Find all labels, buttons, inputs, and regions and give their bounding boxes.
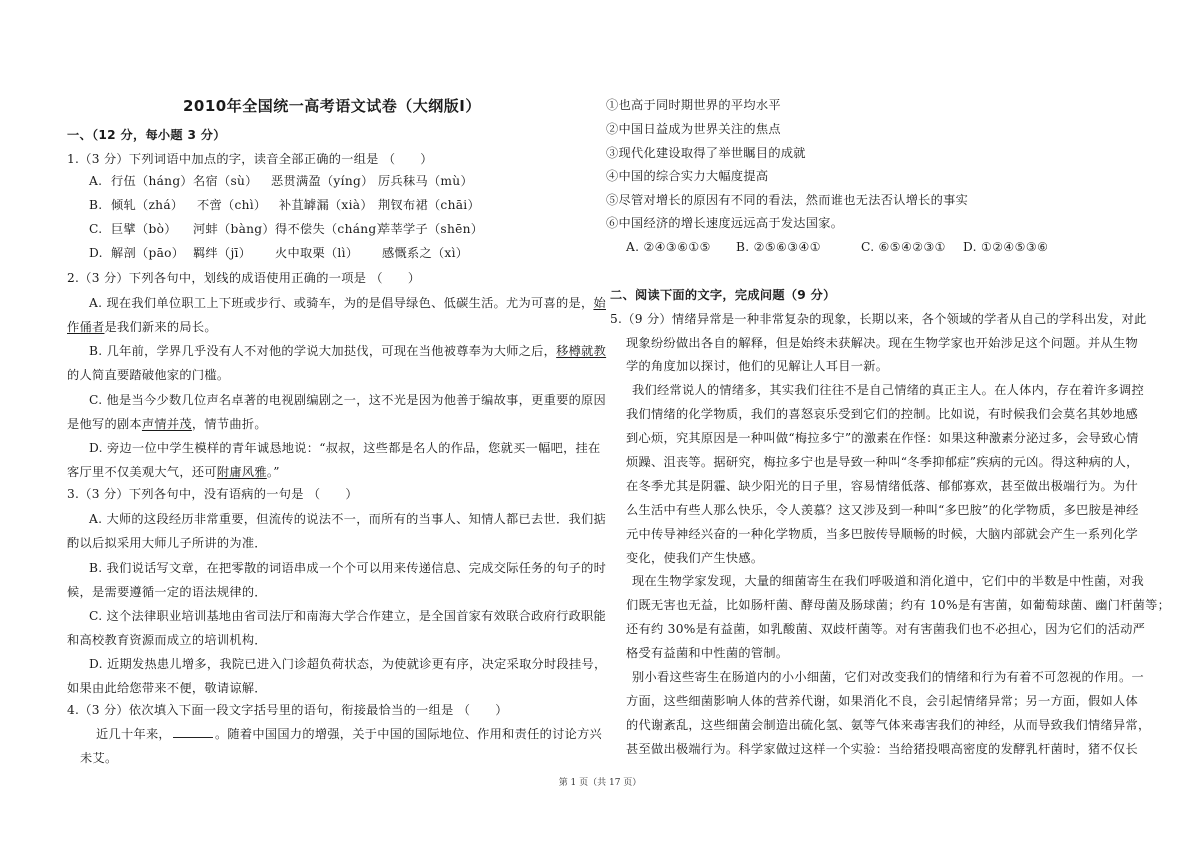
q5-line: 我们经常说人的情绪多，其实我们往往不是自己情绪的真正主人。在人体内，存在着许多调… <box>632 382 1144 398</box>
q2-option-c-cont: 是他写的剧本声情并茂，情节曲折。 <box>67 416 267 432</box>
q3-option-a-cont: 酌以后拟采用大师儿子所讲的为准． <box>67 535 267 551</box>
passage-text: 近几十年来， <box>96 727 171 741</box>
q5-line: 变化，使我们产生快感。 <box>626 550 763 566</box>
option-word: 莘莘学子（shēn） <box>378 221 483 237</box>
option-letter: A. <box>89 173 111 189</box>
fill-blank <box>173 726 213 738</box>
section-1-heading: 一、（12 分，每小题 3 分） <box>67 127 226 143</box>
option-letter: B. <box>89 197 111 213</box>
underlined-idiom: 附庸风雅 <box>217 465 267 479</box>
choice-a: A. ②④③⑥①⑤ <box>626 239 736 255</box>
option-word: 巨擘（bò） <box>111 221 193 237</box>
option-word: 河蚌（bàng） <box>193 221 275 237</box>
choice-b: B. ②⑤⑥③④① <box>736 239 861 255</box>
underlined-idiom: 移樽就教 <box>556 344 606 358</box>
q5-line: 5.（9 分）情绪异常是一种非常复杂的现象，长期以来，各个领域的学者从自己的学科… <box>610 311 1146 327</box>
q5-line: 元中传导神经兴奋的一种化学物质，当多巴胺传导顺畅的时候，大脑内部就会产生一系列化… <box>626 526 1138 542</box>
q3-option-a: A. 大师的这段经历非常重要，但流传的说法不一，而所有的当事人、知情人都已去世．… <box>89 511 606 527</box>
section-2-heading: 二、阅读下面的文字，完成问题（9 分） <box>610 287 836 303</box>
q3-option-d: D. 近期发热患儿增多，我院已进入门诊超负荷状态，为使就诊更有序，决定采取分时段… <box>89 656 606 672</box>
underlined-idiom: 始 <box>593 296 606 310</box>
option-word: 解剖（pāo） <box>111 245 193 261</box>
q5-line: 烦躁、沮丧等。据研究，梅拉多宁也是导致一种叫“冬季抑郁症”疾病的元凶。得这种病的… <box>626 454 1139 470</box>
q1-option-c: C.巨擘（bò）河蚌（bàng）得不偿失（cháng）莘莘学子（shēn） <box>89 221 483 237</box>
underlined-idiom: 作俑者 <box>67 320 104 334</box>
option-text: 。” <box>267 465 280 479</box>
option-text: ，情节曲折。 <box>192 417 267 431</box>
option-text: 客厅里不仅美观大气，还可 <box>67 465 217 479</box>
option-word: 恶贯满盈（yíng） <box>271 173 378 189</box>
q5-line: 在冬季尤其是阴霾、缺少阳光的日子里，容易情绪低落、郁郁寡欢，甚至做出极端行为。为… <box>626 478 1138 494</box>
option-word: 感慨系之（xì） <box>382 245 468 261</box>
option-text: B. 几年前，学界几乎没有人不对他的学说大加挞伐，可现在当他被尊奉为大师之后， <box>89 344 556 358</box>
q4-passage-cont: 未艾。 <box>80 750 117 766</box>
option-word: 不啻（chì） <box>197 197 279 213</box>
q5-line: 现在生物学家发现，大量的细菌寄生在我们呼吸道和消化道中，它们中的半数是中性菌，对… <box>632 573 1144 589</box>
q2-option-d-cont: 客厅里不仅美观大气，还可附庸风雅。” <box>67 464 280 480</box>
option-word: 补苴罅漏（xià） <box>279 197 378 213</box>
q4-item-2: ②中国日益成为世界关注的焦点 <box>606 121 781 137</box>
q3-option-c: C. 这个法律职业培训基地由省司法厅和南海大学合作建立，是全国首家有效联合政府行… <box>89 608 606 624</box>
q5-line: 学的角度加以探讨，他们的见解让人耳目一新。 <box>626 358 888 374</box>
q4-passage: 近几十年来，。随着中国国力的增强，关于中国的国际地位、作用和责任的讨论方兴 <box>96 726 602 742</box>
option-word: 得不偿失（cháng） <box>275 221 378 237</box>
q3-option-b: B. 我们说话写文章，在把零散的词语串成一个个可以用来传递信息、完成交际任务的句… <box>89 560 606 576</box>
q5-line: 现象纷纷做出各自的解释，但是始终未获解决。现在生物学家也开始涉足这个问题。并从生… <box>626 335 1138 351</box>
choice-d: D. ①②④⑤③⑥ <box>963 239 1048 255</box>
option-word: 荆钗布裙（chāi） <box>378 197 480 213</box>
q5-line: 格受有益菌和中性菌的管制。 <box>626 645 788 661</box>
q4-stem: 4.（3 分）依次填入下面一段文字括号里的语句，衔接最恰当的一组是 （ ） <box>67 702 508 718</box>
q3-option-d-cont: 如果由此给您带来不便，敬请谅解． <box>67 680 267 696</box>
option-word: 行伍（háng） <box>111 173 193 189</box>
q4-item-1: ①也高于同时期世界的平均水平 <box>606 97 781 113</box>
passage-text: 。随着中国国力的增强，关于中国的国际地位、作用和责任的讨论方兴 <box>215 727 602 741</box>
q3-option-b-cont: 候，是需要遵循一定的语法规律的． <box>67 584 267 600</box>
q4-item-5: ⑤尽管对增长的原因有不同的看法，然而谁也无法否认增长的事实 <box>606 192 968 208</box>
option-word: 羁绊（jī） <box>193 245 275 261</box>
q1-option-b: B.倾轧（zhá）不啻（chì）补苴罅漏（xià）荆钗布裙（chāi） <box>89 197 480 213</box>
option-word: 倾轧（zhá） <box>111 197 197 213</box>
q5-line: 么生活中有些人那么快乐，令人羡慕？这又涉及到一种叫“多巴胺”的化学物质，多巴胺是… <box>626 502 1139 518</box>
q2-option-a: A. 现在我们单位职工上下班或步行、或骑车，为的是倡导绿色、低碳生活。尤为可喜的… <box>89 295 606 311</box>
q2-option-d: D. 旁边一位中学生模样的青年诚恳地说：“叔叔，这些都是名人的作品，您就买一幅吧… <box>89 440 601 456</box>
option-word: 火中取栗（lì） <box>275 245 382 261</box>
page-footer: 第 1 页（共 17 页） <box>0 775 1200 788</box>
q5-line: 们既无害也无益，比如肠杆菌、酵母菌及肠球菌；约有 10%是有害菌，如葡萄球菌、幽… <box>626 597 1170 613</box>
q2-option-b-cont: 的人简直要踏破他家的门槛。 <box>67 367 229 383</box>
q2-option-a-cont: 作俑者是我们新来的局长。 <box>67 319 217 335</box>
option-word: 厉兵秣马（mù） <box>378 173 473 189</box>
q5-line: 别小看这些寄生在肠道内的小小细菌，它们对改变我们的情绪和行为有着不可忽视的作用。… <box>632 669 1144 685</box>
q5-line: 还有约 30%是有益菌，如乳酸菌、双歧杆菌等。对有害菌我们也不必担心，因为它们的… <box>626 621 1145 637</box>
q4-choices: A. ②④③⑥①⑤B. ②⑤⑥③④①C. ⑥⑤④②③①D. ①②④⑤③⑥ <box>626 239 1048 255</box>
option-letter: C. <box>89 221 111 237</box>
choice-c: C. ⑥⑤④②③① <box>861 239 963 255</box>
underlined-idiom: 声情并茂 <box>142 417 192 431</box>
q4-item-6: ⑥中国经济的增长速度远远高于发达国家。 <box>606 215 843 231</box>
q3-stem: 3.（3 分）下列各句中，没有语病的一句是 （ ） <box>67 486 358 502</box>
q5-line: 甚至做出极端行为。科学家做过这样一个实验：当给猪投喂高密度的发酵乳杆菌时，猪不仅… <box>626 741 1138 757</box>
q4-item-3: ③现代化建设取得了举世瞩目的成就 <box>606 145 806 161</box>
q2-option-b: B. 几年前，学界几乎没有人不对他的学说大加挞伐，可现在当他被尊奉为大师之后，移… <box>89 343 606 359</box>
option-text: A. 现在我们单位职工上下班或步行、或骑车，为的是倡导绿色、低碳生活。尤为可喜的… <box>89 296 593 310</box>
q1-option-d: D.解剖（pāo）羁绊（jī）火中取栗（lì）感慨系之（xì） <box>89 245 468 261</box>
option-text: 是他写的剧本 <box>67 417 142 431</box>
q1-option-a: A.行伍（háng）名宿（sù）恶贯满盈（yíng）厉兵秣马（mù） <box>89 173 473 189</box>
option-letter: D. <box>89 245 111 261</box>
option-text: 是我们新来的局长。 <box>104 320 216 334</box>
q5-line: 我们情绪的化学物质，我们的喜怒哀乐受到它们的控制。比如说，有时候我们会莫名其妙地… <box>626 406 1138 422</box>
option-word: 名宿（sù） <box>193 173 271 189</box>
q5-line: 的代谢紊乱，这些细菌会制造出硫化氢、氨等气体来毒害我们的神经，从而导致我们情绪异… <box>626 717 1150 733</box>
page-title: 2010年全国统一高考语文试卷（大纲版Ⅰ） <box>183 98 481 114</box>
q5-line: 到心烦，究其原因是一种叫做“梅拉多宁”的激素在作怪：如果这种激素分泌过多，会导致… <box>626 430 1139 446</box>
q3-option-c-cont: 和高校教育资源而成立的培训机构． <box>67 632 267 648</box>
q5-line: 方面，这些细菌影响人体的营养代谢，如果消化不良，会引起情绪异常；另一方面，假如人… <box>626 693 1138 709</box>
q2-stem: 2.（3 分）下列各句中，划线的成语使用正确的一项是 （ ） <box>67 270 420 286</box>
q2-option-c: C. 他是当今少数几位声名卓著的电视剧编剧之一，这不光是因为他善于编故事，更重要… <box>89 392 606 408</box>
q1-stem: 1.（3 分）下列词语中加点的字，读音全部正确的一组是 （ ） <box>67 151 433 167</box>
q4-item-4: ④中国的综合实力大幅度提高 <box>606 168 768 184</box>
